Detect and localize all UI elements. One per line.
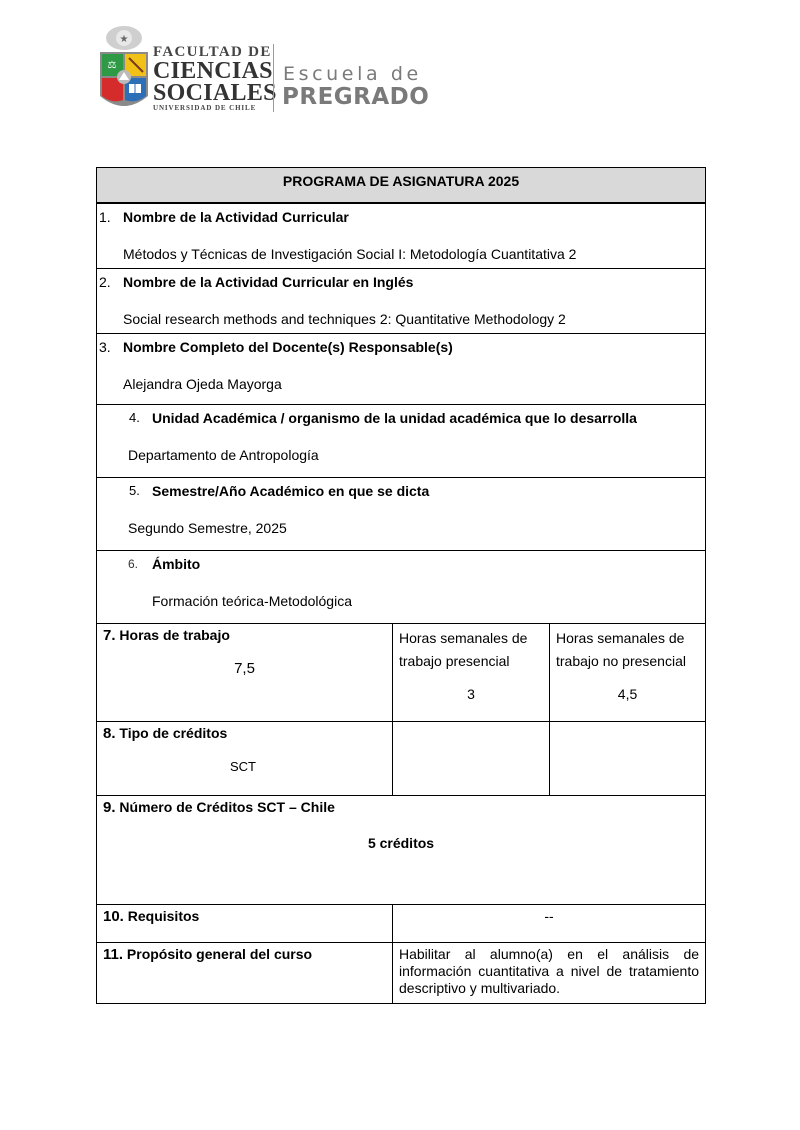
purpose-label: 11. Propósito general del curso bbox=[103, 946, 312, 963]
logo-divider bbox=[273, 44, 274, 112]
section-4: 4. Unidad Académica / organismo de la un… bbox=[97, 404, 706, 477]
section-value: Formación teórica-Metodológica bbox=[152, 593, 352, 609]
section-number: 2. bbox=[99, 274, 111, 290]
hours-total-value: 7,5 bbox=[97, 660, 392, 677]
faculty-line2: CIENCIAS bbox=[153, 60, 277, 82]
section-number: 10. bbox=[103, 908, 124, 925]
requirements-label: 10. Requisitos bbox=[103, 908, 199, 925]
credits-cell: 9. Número de Créditos SCT – Chile 5 créd… bbox=[97, 795, 706, 904]
hours-presencial-label: Horas semanales de trabajo presencial bbox=[399, 627, 545, 673]
hours-label: 7. Horas de trabajo bbox=[103, 627, 230, 644]
faculty-line3: SOCIALES bbox=[153, 82, 277, 104]
section-number: 4. bbox=[129, 410, 140, 425]
hours-no-presencial-cell: Horas semanales de trabajo no presencial… bbox=[550, 623, 706, 721]
school-line1: Escuela de bbox=[283, 64, 422, 84]
section-number: 1. bbox=[99, 209, 111, 225]
requirements-label-cell: 10. Requisitos bbox=[97, 904, 393, 942]
section-number: 6. bbox=[128, 557, 138, 571]
section-number: 7. bbox=[103, 627, 116, 644]
svg-text:★: ★ bbox=[120, 34, 129, 45]
purpose-value: Habilitar al alumno(a) en el análisis de… bbox=[393, 943, 705, 997]
section-label: Número de Créditos SCT – Chile bbox=[119, 799, 334, 815]
credits-value: 5 créditos bbox=[97, 835, 705, 851]
svg-text:⚖: ⚖ bbox=[108, 60, 117, 71]
section-label: Tipo de créditos bbox=[119, 725, 227, 741]
section-value: Métodos y Técnicas de Investigación Soci… bbox=[123, 246, 576, 262]
hours-total-cell: 7. Horas de trabajo 7,5 bbox=[97, 623, 393, 721]
section-label: Propósito general del curso bbox=[127, 946, 312, 962]
section-value: Social research methods and techniques 2… bbox=[123, 311, 566, 327]
section-label: Nombre Completo del Docente(s) Responsab… bbox=[123, 339, 453, 355]
hours-presencial-value: 3 bbox=[393, 686, 549, 702]
requirements-value: -- bbox=[393, 908, 705, 924]
section-value: Segundo Semestre, 2025 bbox=[128, 520, 287, 536]
section-label: Semestre/Año Académico en que se dicta bbox=[152, 483, 429, 499]
faculty-logo: ★ ⚖ FACULTAD DE CIENCIAS SOCIALES UNIVER… bbox=[97, 24, 427, 114]
hours-no-presencial-value: 4,5 bbox=[550, 686, 705, 702]
section-label: Nombre de la Actividad Curricular en Ing… bbox=[123, 274, 413, 290]
section-2: 2. Nombre de la Actividad Curricular en … bbox=[97, 268, 706, 333]
school-line2: PREGRADO bbox=[282, 84, 429, 110]
requirements-value-cell: -- bbox=[393, 904, 706, 942]
program-table: PROGRAMA DE ASIGNATURA 2025 1. Nombre de… bbox=[96, 167, 706, 1004]
university-crest-icon: ★ ⚖ bbox=[97, 24, 152, 114]
section-number: 11. bbox=[103, 946, 123, 963]
section-3: 3. Nombre Completo del Docente(s) Respon… bbox=[97, 333, 706, 404]
credit-type-cell: 8. Tipo de créditos SCT bbox=[97, 721, 393, 795]
faculty-name: FACULTAD DE CIENCIAS SOCIALES UNIVERSIDA… bbox=[153, 44, 277, 113]
section-label: Nombre de la Actividad Curricular bbox=[123, 209, 349, 225]
hours-no-presencial-label: Horas semanales de trabajo no presencial bbox=[556, 627, 703, 673]
purpose-label-cell: 11. Propósito general del curso bbox=[97, 942, 393, 1003]
section-value: Alejandra Ojeda Mayorga bbox=[123, 376, 282, 392]
empty-cell bbox=[393, 721, 550, 795]
section-label: Requisitos bbox=[128, 908, 200, 924]
section-value: Departamento de Antropología bbox=[128, 447, 319, 463]
section-label: Horas de trabajo bbox=[119, 627, 229, 643]
empty-cell bbox=[550, 721, 706, 795]
hours-presencial-cell: Horas semanales de trabajo presencial 3 bbox=[393, 623, 550, 721]
credit-type-value: SCT bbox=[230, 759, 256, 774]
section-number: 3. bbox=[99, 339, 111, 355]
section-1: 1. Nombre de la Actividad Curricular Mét… bbox=[97, 203, 706, 269]
purpose-value-cell: Habilitar al alumno(a) en el análisis de… bbox=[393, 942, 706, 1003]
section-number: 9. bbox=[103, 799, 116, 816]
section-label: Unidad Académica / organismo de la unida… bbox=[152, 410, 637, 426]
credits-label: 9. Número de Créditos SCT – Chile bbox=[103, 799, 335, 816]
program-title: PROGRAMA DE ASIGNATURA 2025 bbox=[97, 168, 706, 203]
section-6: 6. Ámbito Formación teórica-Metodológica bbox=[97, 550, 706, 623]
section-number: 5. bbox=[129, 483, 140, 498]
credit-type-label: 8. Tipo de créditos bbox=[103, 725, 227, 742]
section-5: 5. Semestre/Año Académico en que se dict… bbox=[97, 477, 706, 550]
section-label: Ámbito bbox=[152, 556, 200, 572]
section-number: 8. bbox=[103, 725, 116, 742]
